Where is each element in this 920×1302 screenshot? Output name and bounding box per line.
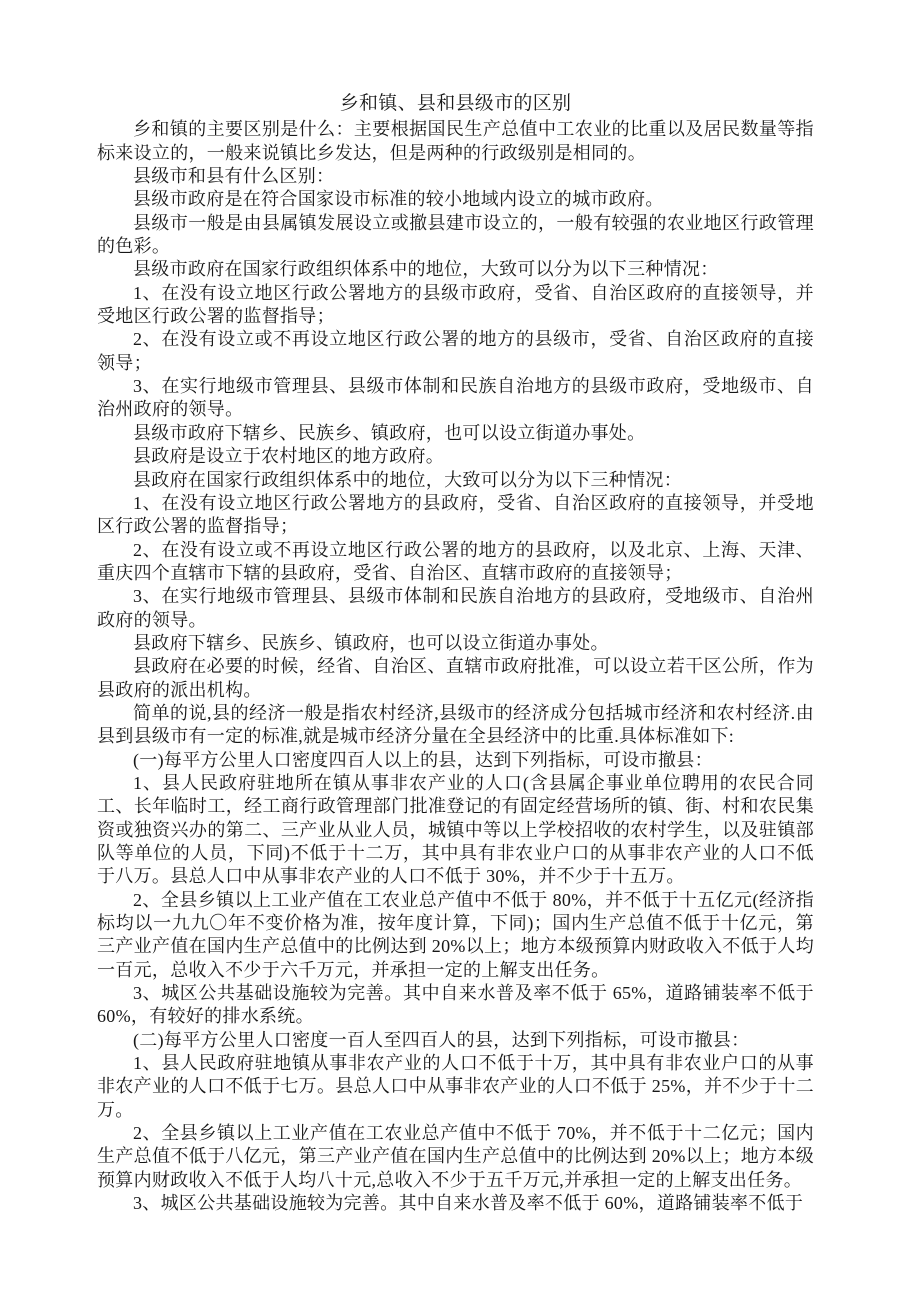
paragraph: 县政府是设立于农村地区的地方政府。 [97,445,814,468]
paragraph: 2、全县乡镇以上工业产值在工农业总产值中不低于 70%，并不低于十二亿元；国内生… [97,1122,814,1192]
paragraph: 县级市和县有什么区别： [97,165,814,188]
paragraph: 2、全县乡镇以上工业产值在工农业总产值中不低于 80%，并不低于十五亿元(经济指… [97,889,814,982]
paragraph: 县级市政府是在符合国家设市标准的较小地域内设立的城市政府。 [97,188,814,211]
paragraph: 县政府在必要的时候，经省、自治区、直辖市政府批准，可以设立若干区公所，作为县政府… [97,655,814,702]
paragraph: 1、在没有设立地区行政公署地方的县政府，受省、自治区政府的直接领导，并受地区行政… [97,492,814,539]
document-page: 乡和镇、县和县级市的区别 乡和镇的主要区别是什么：主要根据国民生产总值中工农业的… [0,0,920,1302]
paragraph: 乡和镇的主要区别是什么：主要根据国民生产总值中工农业的比重以及居民数量等指标来设… [97,118,814,165]
paragraph: 2、在没有设立或不再设立地区行政公署的地方的县级市，受省、自治区政府的直接领导； [97,328,814,375]
paragraph: 3、在实行地级市管理县、县级市体制和民族自治地方的县政府，受地级市、自治州政府的… [97,585,814,632]
paragraph: 3、城区公共基础设施较为完善。其中自来水普及率不低于 65%，道路铺装率不低于 … [97,982,814,1029]
paragraph: 县级市政府在国家行政组织体系中的地位，大致可以分为以下三种情况： [97,258,814,281]
paragraph: 2、在没有设立或不再设立地区行政公署的地方的县政府，以及北京、上海、天津、重庆四… [97,539,814,586]
paragraph: 3、在实行地级市管理县、县级市体制和民族自治地方的县级市政府，受地级市、自治州政… [97,375,814,422]
paragraph: 县政府在国家行政组织体系中的地位，大致可以分为以下三种情况： [97,469,814,492]
paragraph: 1、在没有设立地区行政公署地方的县级市政府，受省、自治区政府的直接领导，并受地区… [97,282,814,329]
paragraph: 1、县人民政府驻地所在镇从事非农产业的人口(含县属企事业单位聘用的农民合同工、长… [97,772,814,889]
paragraph: (二)每平方公里人口密度一百人至四百人的县，达到下列指标，可设市撤县： [97,1029,814,1052]
paragraph: 县级市政府下辖乡、民族乡、镇政府，也可以设立街道办事处。 [97,422,814,445]
paragraph: (一)每平方公里人口密度四百人以上的县，达到下列指标，可设市撤县： [97,749,814,772]
paragraph: 1、县人民政府驻地镇从事非农产业的人口不低于十万，其中具有非农业户口的从事非农产… [97,1052,814,1122]
paragraph: 县级市一般是由县属镇发展设立或撤县建市设立的，一般有较强的农业地区行政管理的色彩… [97,212,814,259]
paragraph: 县政府下辖乡、民族乡、镇政府，也可以设立街道办事处。 [97,632,814,655]
paragraph: 简单的说,县的经济一般是指农村经济,县级市的经济成分包括城市经济和农村经济.由县… [97,702,814,749]
document-body: 乡和镇的主要区别是什么：主要根据国民生产总值中工农业的比重以及居民数量等指标来设… [97,118,814,1215]
document-title: 乡和镇、县和县级市的区别 [97,92,814,115]
paragraph: 3、城区公共基础设施较为完善。其中自来水普及率不低于 60%，道路铺装率不低于 [97,1192,814,1215]
